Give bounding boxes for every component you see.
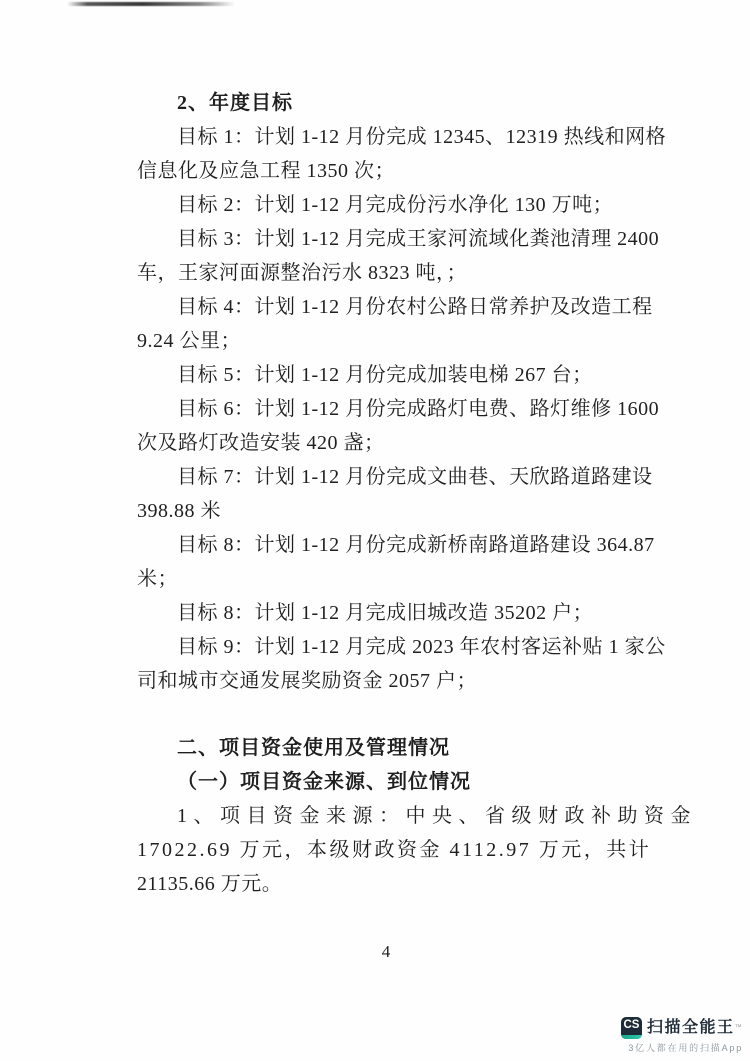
camscanner-logo-letters: CS: [623, 1017, 639, 1034]
scanned-document-page: 2、年度目标 目标 1：计划 1-12 月份完成 12345、12319 热线和…: [0, 0, 750, 1061]
para-goal-5: 目标 5：计划 1-12 月份完成加装电梯 267 台；: [137, 358, 619, 392]
para-goal-8-road-line-1: 目标 8：计划 1-12 月份完成新桥南路道路建设 364.87: [137, 528, 619, 562]
document-body: 2、年度目标 目标 1：计划 1-12 月份完成 12345、12319 热线和…: [137, 86, 619, 901]
camscanner-title: 扫描全能王™: [647, 1017, 743, 1039]
heading-annual-goals: 2、年度目标: [137, 86, 619, 120]
para-goal-3-line-1: 目标 3：计划 1-12 月完成王家河流域化粪池清理 2400: [137, 222, 619, 256]
camscanner-logo-accent: [621, 1035, 642, 1040]
para-goal-9-line-1: 目标 9：计划 1-12 月完成 2023 年农村客运补贴 1 家公: [137, 630, 619, 664]
para-goal-2: 目标 2：计划 1-12 月完成份污水净化 130 万吨；: [137, 188, 619, 222]
para-goal-6-line-2: 次及路灯改造安装 420 盏；: [137, 426, 619, 460]
heading-section-funds: 二、项目资金使用及管理情况: [137, 731, 619, 765]
para-goal-3-line-2: 车，王家河面源整治污水 8323 吨，；: [137, 256, 619, 290]
heading-subsection-source: （一）项目资金来源、到位情况: [137, 765, 619, 799]
para-goal-8-road-line-2: 米；: [137, 562, 619, 596]
para-goal-1-line-2: 信息化及应急工程 1350 次；: [137, 154, 619, 188]
camscanner-watermark: CS 扫描全能王™ 3亿人都在用的扫描App: [621, 1017, 743, 1053]
para-goal-4-line-2: 9.24 公里；: [137, 324, 619, 358]
para-goal-9-line-2: 司和城市交通发展奖励资金 2057 户；: [137, 664, 619, 698]
para-funding-line-1: 1、项目资金来源：中央、省级财政补助资金: [137, 799, 619, 833]
camscanner-logo-icon: CS: [621, 1017, 642, 1039]
para-goal-7-line-1: 目标 7：计划 1-12 月份完成文曲巷、天欣路道路建设: [137, 460, 619, 494]
page-number: 4: [0, 941, 750, 963]
section-gap: [137, 698, 619, 731]
para-goal-8-oldtown: 目标 8：计划 1-12 月完成旧城改造 35202 户；: [137, 596, 619, 630]
para-goal-6-line-1: 目标 6：计划 1-12 月份完成路灯电费、路灯维修 1600: [137, 392, 619, 426]
para-goal-4-line-1: 目标 4：计划 1-12 月份农村公路日常养护及改造工程: [137, 290, 619, 324]
trademark-mark: ™: [735, 1024, 744, 1031]
para-goal-1-line-1: 目标 1：计划 1-12 月份完成 12345、12319 热线和网格: [137, 120, 619, 154]
para-funding-line-3: 21135.66 万元。: [137, 867, 619, 901]
scan-edge-artifact: [67, 2, 235, 6]
para-funding-line-2: 17022.69 万元，本级财政资金 4112.97 万元，共计: [137, 833, 619, 867]
camscanner-subtitle: 3亿人都在用的扫描App: [628, 1043, 743, 1053]
para-goal-7-line-2: 398.88 米: [137, 494, 619, 528]
